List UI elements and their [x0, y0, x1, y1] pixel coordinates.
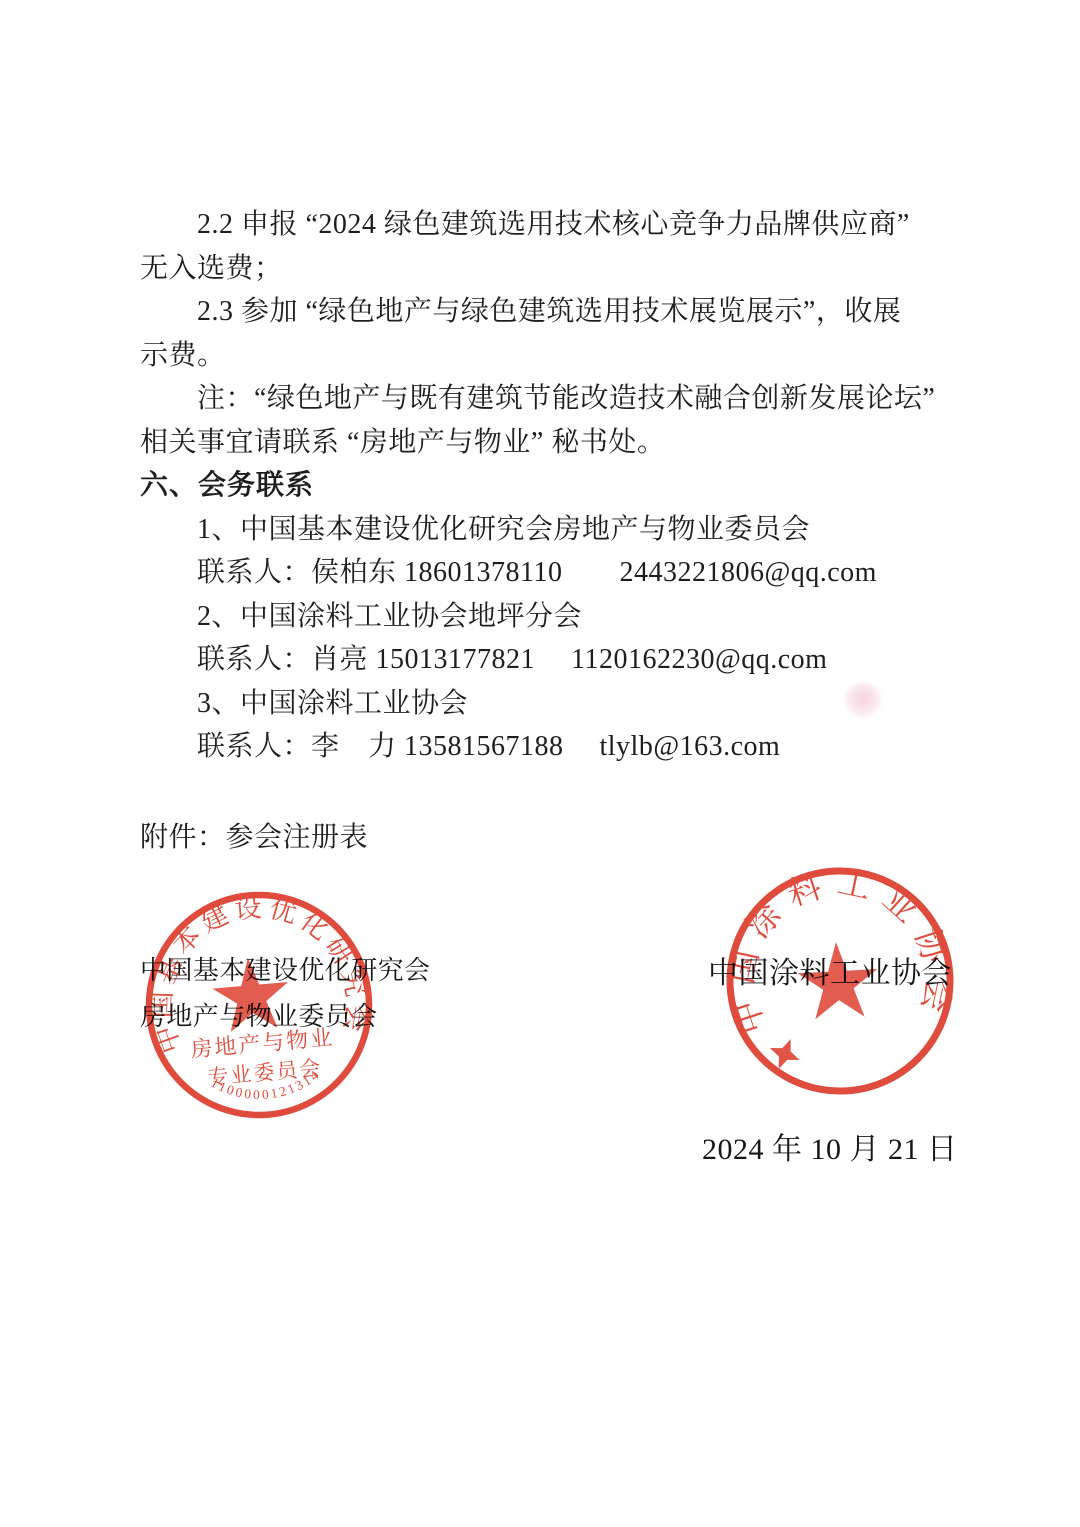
section-heading: 六、会务联系: [140, 464, 948, 508]
body-line: 注：“绿色地产与既有建筑节能改造技术融合创新发展论坛”: [140, 377, 948, 421]
scanned-letter-page: 2.2 申报 “2024 绿色建筑选用技术核心竞争力品牌供应商” 无入选费； 2…: [0, 0, 1080, 1527]
contact-person-line: 联系人：李 力 13581567188 tlylb@163.com: [140, 725, 948, 769]
left-official-seal-stamp: 中国基本建设优化研究会 房地产与物业 专业委员会 1100000121314: [129, 875, 389, 1135]
pink-smudge-artifact: [843, 682, 883, 720]
right-official-seal-stamp: 中国涂料工业协会: [714, 855, 966, 1107]
star-icon: [796, 940, 880, 1020]
contact-org-line: 1、中国基本建设优化研究会房地产与物业委员会: [140, 508, 948, 552]
contact-org-line: 3、中国涂料工业协会: [140, 682, 948, 726]
attachment-line: 附件：参会注册表: [140, 815, 368, 855]
date: 2024 年 10 月 21 日: [702, 1124, 958, 1168]
body-line: 2.3 参加 “绿色地产与绿色建筑选用技术展览展示”，收展: [140, 290, 948, 334]
contact-person-line: 联系人：侯柏东 18601378110 2443221806@qq.com: [140, 551, 948, 595]
body-text-block: 2.2 申报 “2024 绿色建筑选用技术核心竞争力品牌供应商” 无入选费； 2…: [140, 203, 948, 769]
body-line: 无入选费；: [140, 247, 948, 291]
contact-person-line: 联系人：肖亮 15013177821 1120162230@qq.com: [140, 638, 948, 682]
body-line: 相关事宜请联系 “房地产与物业” 秘书处。: [140, 421, 948, 465]
contact-org-line: 2、中国涂料工业协会地坪分会: [140, 595, 948, 639]
body-line: 示费。: [140, 334, 948, 378]
body-line: 2.2 申报 “2024 绿色建筑选用技术核心竞争力品牌供应商”: [140, 203, 948, 247]
star-icon: [210, 954, 292, 1033]
